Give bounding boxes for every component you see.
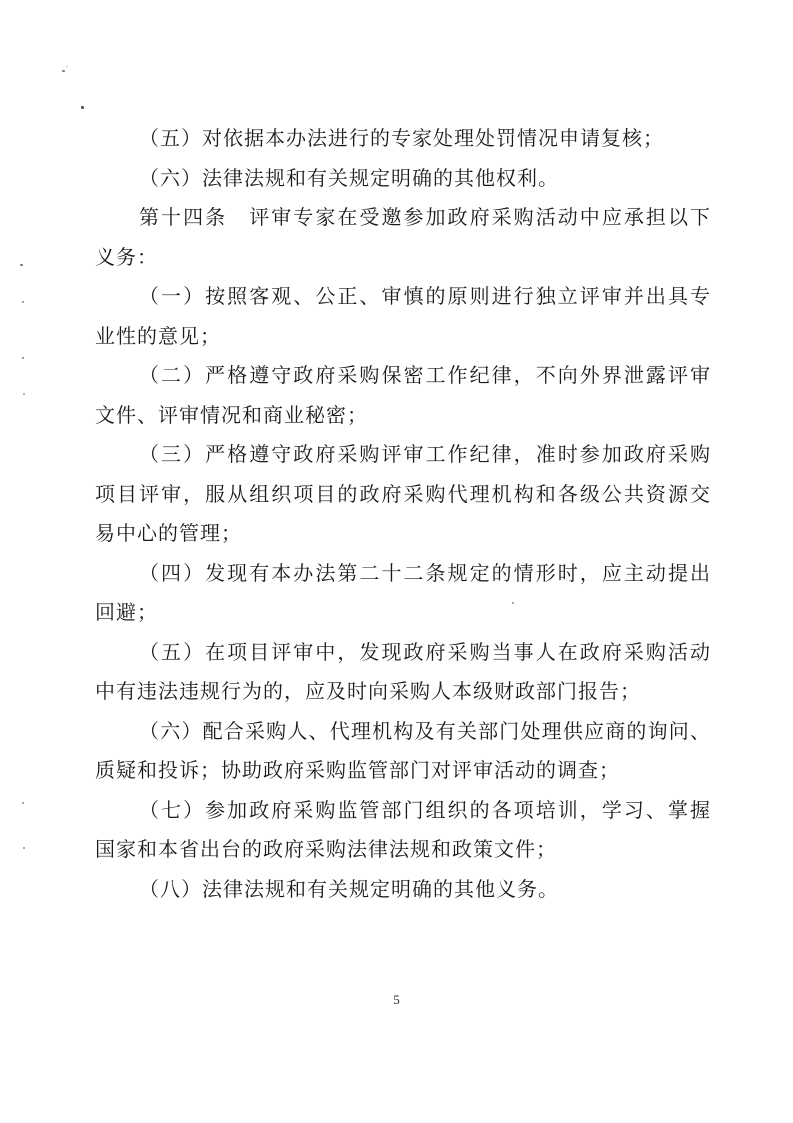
document-line: 义务： xyxy=(95,239,711,279)
document-line: 第十四条 评审专家在受邀参加政府采购活动中应承担以下 xyxy=(95,199,711,239)
document-line: 质疑和投诉；协助政府采购监管部门对评审活动的调查； xyxy=(95,752,711,792)
scan-speck xyxy=(23,393,25,395)
document-line: （一）按照客观、公正、审慎的原则进行独立评审并出具专 xyxy=(95,278,711,318)
document-line: 易中心的管理； xyxy=(95,515,711,555)
page-number: 5 xyxy=(0,992,793,1008)
document-line: 国家和本省出台的政府采购法律法规和政策文件； xyxy=(95,831,711,871)
scan-speck xyxy=(22,802,24,804)
scan-speck xyxy=(512,602,514,604)
document-line: （八）法律法规和有关规定明确的其他义务。 xyxy=(95,871,711,911)
document-line: 回避； xyxy=(95,594,711,634)
document-line: （四）发现有本办法第二十二条规定的情形时，应主动提出 xyxy=(95,555,711,595)
scan-speck xyxy=(23,847,25,849)
document-body: （五）对依据本办法进行的专家处理处罚情况申请复核； （六）法律法规和有关规定明确… xyxy=(95,120,711,910)
scan-speck xyxy=(62,70,65,72)
document-line: （三）严格遵守政府采购评审工作纪律，准时参加政府采购 xyxy=(95,436,711,476)
scan-speck xyxy=(22,301,24,303)
document-line: 文件、评审情况和商业秘密； xyxy=(95,397,711,437)
document-line: 中有违法违规行为的，应及时向采购人本级财政部门报告； xyxy=(95,673,711,713)
scan-speck xyxy=(81,106,84,109)
document-line: 项目评审，服从组织项目的政府采购代理机构和各级公共资源交 xyxy=(95,476,711,516)
document-line: （六）配合采购人、代理机构及有关部门处理供应商的询问、 xyxy=(95,713,711,753)
scan-speck xyxy=(20,264,23,266)
document-line: （六）法律法规和有关规定明确的其他权利。 xyxy=(95,160,711,200)
document-line: （五）对依据本办法进行的专家处理处罚情况申请复核； xyxy=(95,120,711,160)
document-line: （五）在项目评审中，发现政府采购当事人在政府采购活动 xyxy=(95,634,711,674)
document-line: （七）参加政府采购监管部门组织的各项培训，学习、掌握 xyxy=(95,792,711,832)
scan-speck xyxy=(22,357,24,359)
scan-speck xyxy=(66,66,68,67)
document-page: （五）对依据本办法进行的专家处理处罚情况申请复核； （六）法律法规和有关规定明确… xyxy=(0,0,793,1123)
document-line: 业性的意见； xyxy=(95,318,711,358)
document-line: （二）严格遵守政府采购保密工作纪律，不向外界泄露评审 xyxy=(95,357,711,397)
